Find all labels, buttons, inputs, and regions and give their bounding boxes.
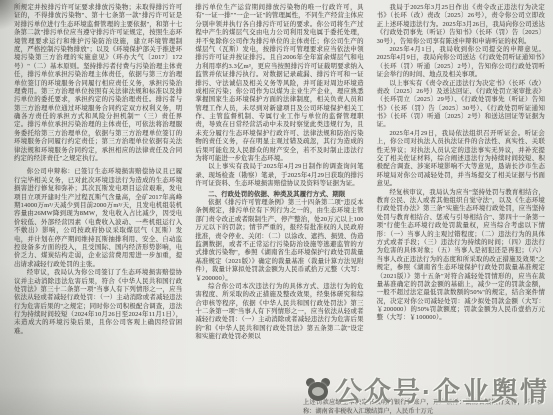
section-heading: 二、行政处罚的依据、种类及其履行方式、期限 <box>195 191 363 199</box>
paragraph: 综合你公司本次违法行为的具体方式、违法行为的危害程度、所采取的改正措施及整改效果… <box>195 283 363 342</box>
paragraph: 排污单位生产运营期间排放污染物的唯一行政许可，具有"一证一排""一企一证"的管理… <box>195 4 363 163</box>
document-columns: 所规定并按排污许可证要求排放污染物；未取得排污许可证的，不得排放污染物"、第十七… <box>14 4 545 415</box>
paragraph: 我局于2025年3月25日作出《责令改正违法行为决定书》（长环（改）责改〔202… <box>377 4 545 46</box>
paragraph: 所规定并按排污许可证要求排放污染物；未取得排污许可证的，不得排放污染物"、第十七… <box>14 4 182 163</box>
paragraph: 你公司申辩称：已签订生态环境损害赔偿协议且已履行完毕相关义务，已对此次环境违法行… <box>14 168 182 269</box>
document-column-3: 我局于2025年3月25日作出《责令改正违法行为决定书》（长环（改）责改〔202… <box>377 4 545 415</box>
paragraph: 依据《排污许可管理条例》第三十四条第二项"违反本条例规定，排污单位有下列行为之一… <box>195 199 363 283</box>
obscured-bottom-text: 上述罚款应缴至本决定书载明的银行和账户，开户银行：湖南省某银行支行，开户名称：湖… <box>303 397 543 415</box>
paragraph: 以上事实有我局于2025年4月29日制作的调查询问笔录、现场检查（勘察）笔录，于… <box>195 163 363 188</box>
paragraph: 经复核审议，我局认为应当"坚持处罚与教育相结合，教育公民、法人或者其他组织自觉守… <box>377 189 545 323</box>
paragraph: 2025年4月29日，我局依法组织召开听证会。听证会上，你公司对执法人员执法证件… <box>377 130 545 189</box>
document-column-1: 所规定并按排污许可证要求排放污染物；未取得排污许可证的，不得排放污染物"、第十七… <box>14 4 182 415</box>
scanned-document-photo: 所规定并按排污许可证要求排放污染物；未取得排污许可证的，不得排放污染物"、第十七… <box>0 0 553 415</box>
paragraph: 以上事实有《责令改正违法行为决定书》（长环（改）责改〔2025〕26号）及送达回… <box>377 80 545 130</box>
paragraph: 2025年4月1日，我局收到你公司提交的申辩意见。2025年4月9日，我局向你公… <box>377 46 545 80</box>
paragraph: 经审议，我局认为你公司签订了生态环境损害赔偿协议并主动消除违法危害后果，符合《中… <box>14 269 182 336</box>
document-column-2: 排污单位生产运营期间排放污染物的唯一行政许可，具有"一证一排""一企一证"的管理… <box>195 4 363 415</box>
